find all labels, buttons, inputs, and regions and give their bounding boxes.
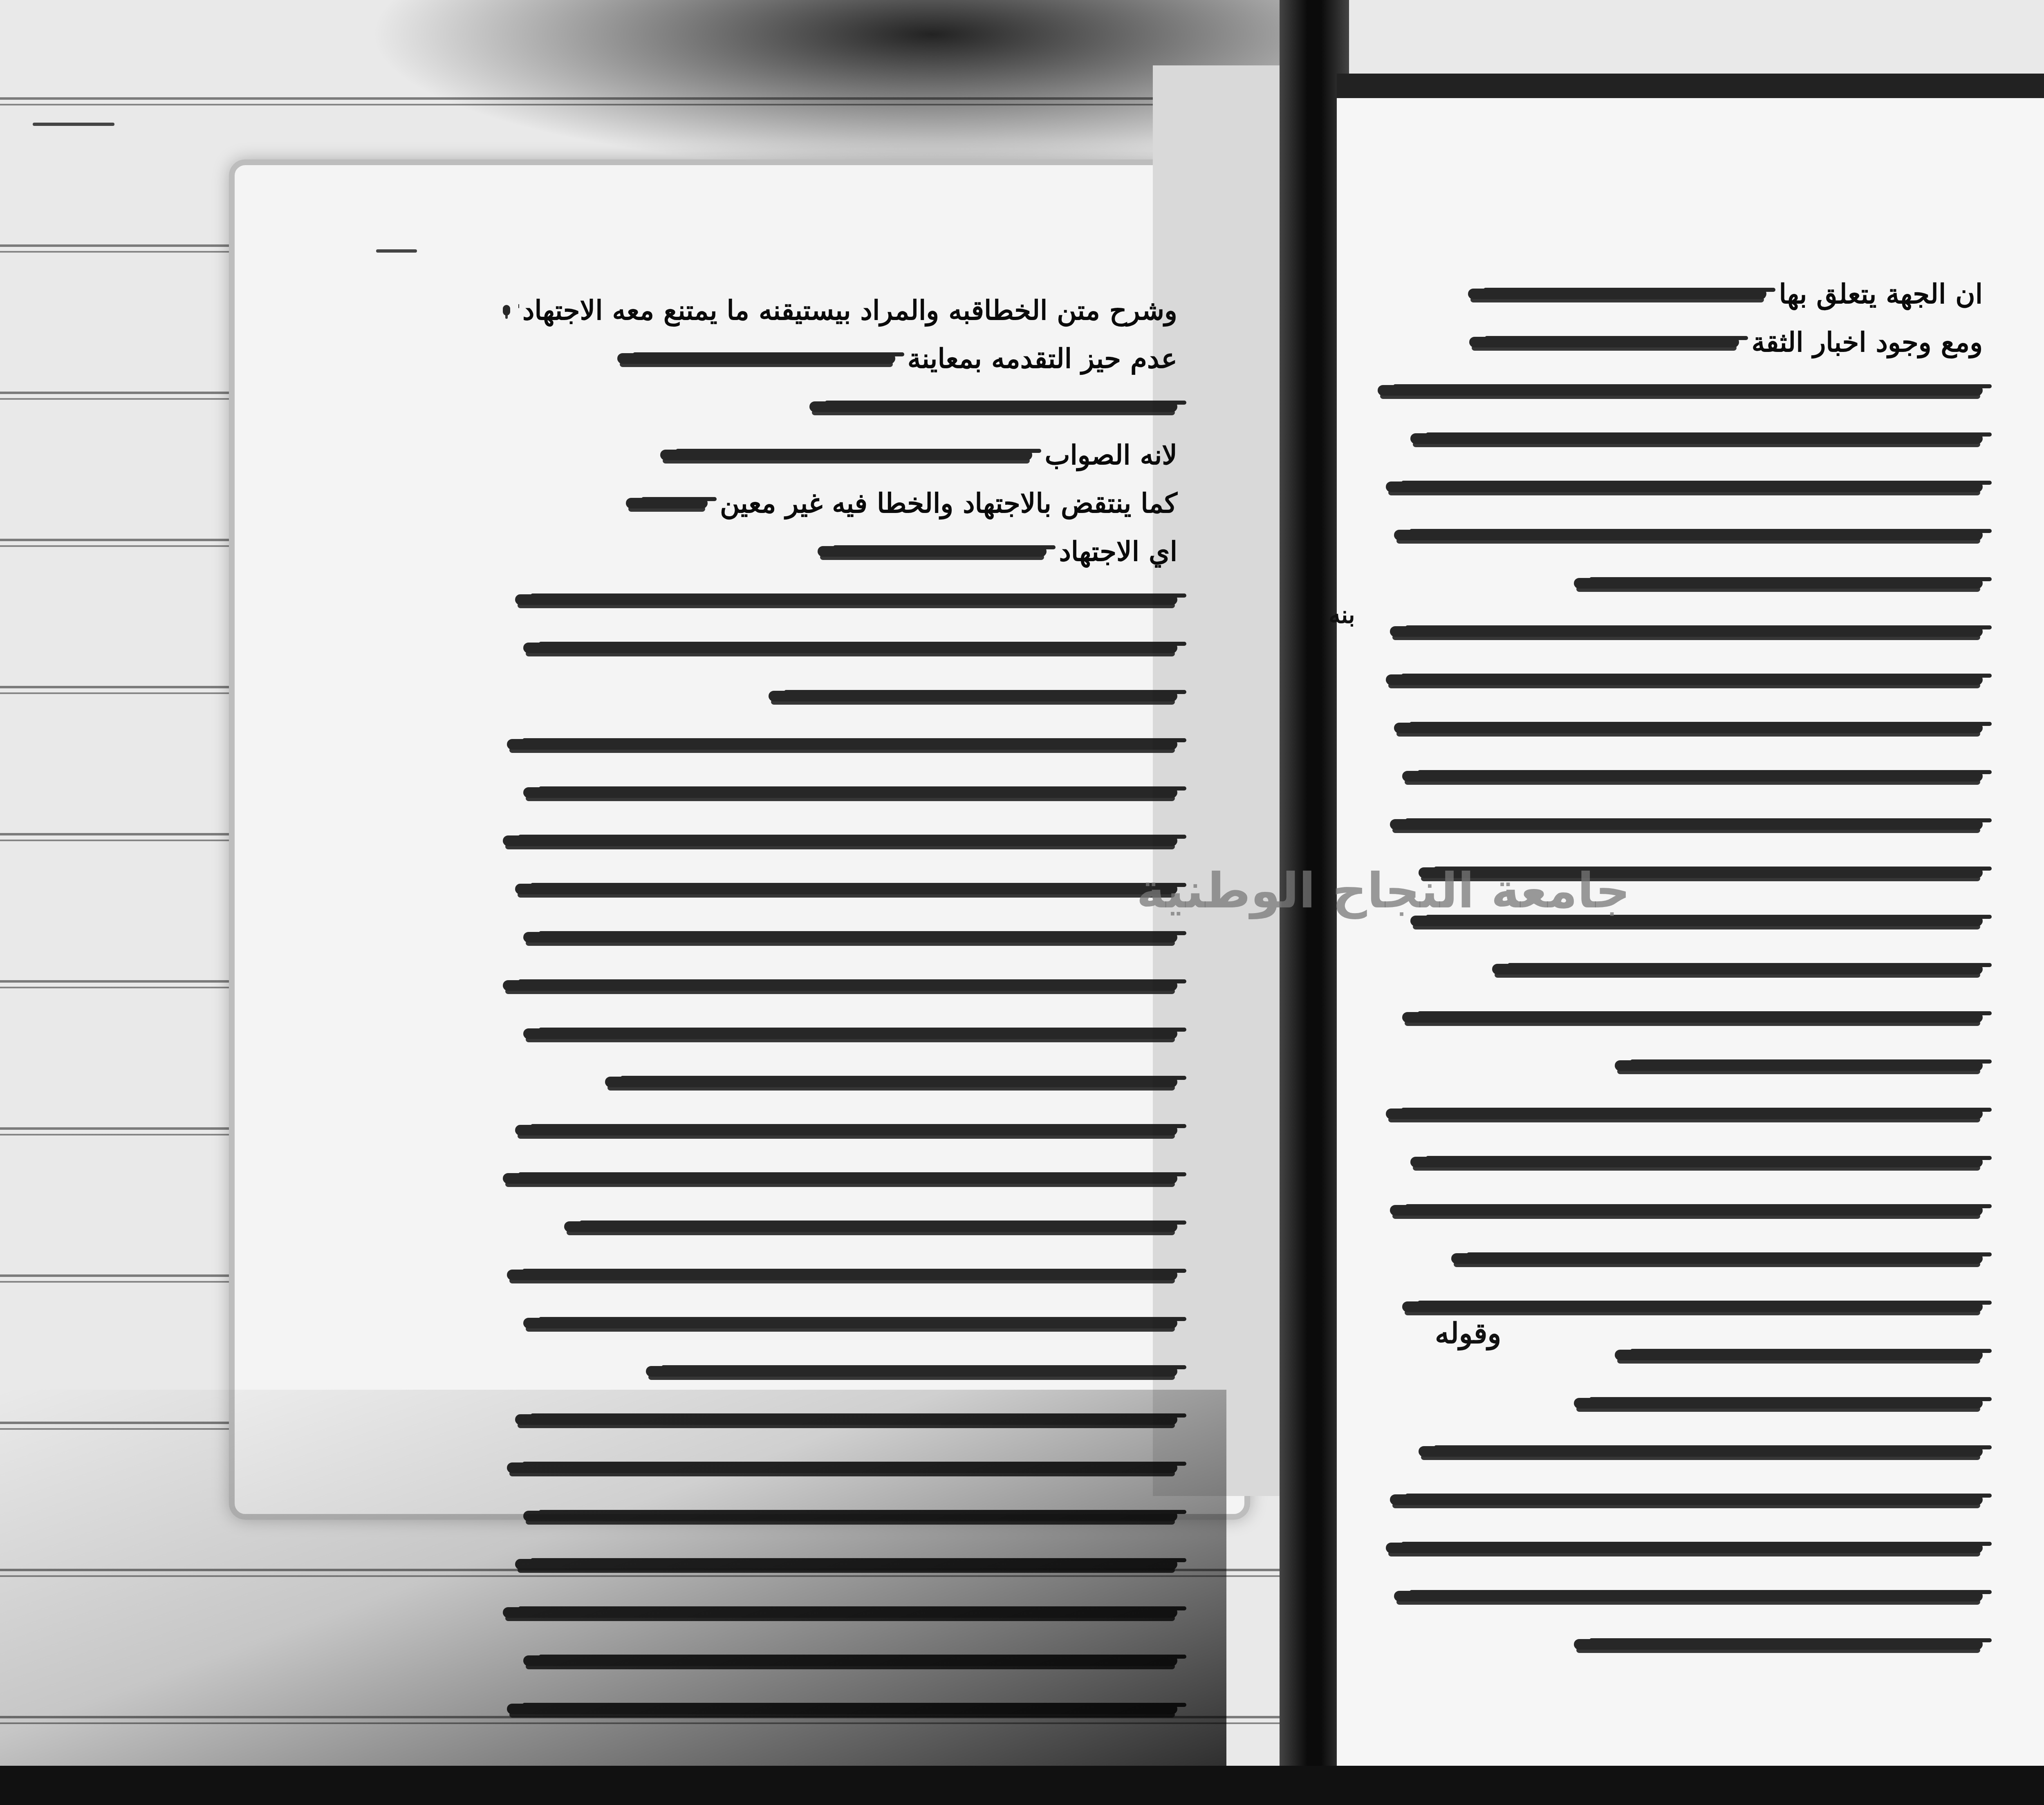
ink-stroke xyxy=(507,739,1177,750)
ink-stroke xyxy=(617,353,895,364)
line-text: ان الجهة يتعلق بها xyxy=(1779,270,1983,318)
manuscript-line: اي الاجتهاد xyxy=(503,527,1177,576)
ink-stroke xyxy=(1410,1157,1983,1167)
manuscript-line xyxy=(503,1058,1177,1106)
ink-stroke xyxy=(1492,964,1983,974)
line-text: اي الاجتهاد xyxy=(1059,527,1177,576)
ink-stroke xyxy=(523,643,1177,653)
manuscript-line xyxy=(1369,463,1983,511)
manuscript-line xyxy=(503,768,1177,817)
line-text: لانه الصواب xyxy=(1044,431,1177,479)
manuscript-line xyxy=(503,1251,1177,1299)
ink-stroke xyxy=(1386,481,1983,492)
manuscript-line xyxy=(1369,704,1983,752)
manuscript-line xyxy=(1369,993,1983,1041)
ink-stroke xyxy=(769,691,1177,701)
ink-stroke xyxy=(1574,578,1983,589)
line-text: كما ينتقض بالاجتهاد والخطا فيه غير معين xyxy=(720,479,1177,527)
ink-stroke xyxy=(503,980,1177,991)
manuscript-line: عدم حيز التقدمه بمعاينة xyxy=(503,334,1177,383)
margin-mark xyxy=(376,249,417,253)
ink-stroke xyxy=(1410,433,1983,444)
ink-stroke xyxy=(646,1366,1177,1377)
ink-stroke xyxy=(523,932,1177,943)
right-page-text: ان الجهة يتعلق بهاومع وجود اخبار الثقة xyxy=(1369,270,1983,1668)
ink-stroke xyxy=(809,401,1177,412)
ink-stroke xyxy=(1615,1060,1983,1071)
ink-stroke xyxy=(503,305,510,316)
ink-stroke xyxy=(1394,723,1983,733)
manuscript-line xyxy=(503,624,1177,672)
manuscript-line xyxy=(503,817,1177,865)
manuscript-line xyxy=(1369,1524,1983,1572)
shadow-lower-left xyxy=(0,1390,1226,1805)
ink-stroke xyxy=(605,1077,1177,1087)
ink-stroke xyxy=(1468,289,1766,299)
manuscript-line xyxy=(503,720,1177,768)
university-watermark: جامعة النجاح الوطنية xyxy=(1136,862,1630,919)
ink-stroke xyxy=(1394,530,1983,540)
manuscript-line xyxy=(1369,607,1983,656)
ink-stroke xyxy=(1615,1350,1983,1360)
ink-stroke xyxy=(1574,1639,1983,1650)
ink-stroke xyxy=(626,498,708,508)
manuscript-line xyxy=(1369,1186,1983,1234)
ink-stroke xyxy=(1419,1446,1983,1457)
ink-stroke xyxy=(503,1173,1177,1184)
manuscript-line xyxy=(503,672,1177,720)
manuscript-line xyxy=(503,961,1177,1010)
manuscript-line xyxy=(1369,656,1983,704)
ink-stroke xyxy=(507,1270,1177,1280)
ink-stroke xyxy=(660,450,1032,460)
manuscript-line xyxy=(1369,1234,1983,1283)
microfilm-scene: وشرح متن الخطاقبه والمراد بيستيقنه ما يم… xyxy=(0,0,2044,1805)
ink-stroke xyxy=(1378,385,1983,396)
ink-stroke xyxy=(515,1125,1177,1135)
manuscript-line xyxy=(503,1347,1177,1395)
manuscript-line xyxy=(1369,1572,1983,1620)
manuscript-line: لانه الصواب xyxy=(503,431,1177,479)
manuscript-line xyxy=(503,1299,1177,1347)
line-text: عدم حيز التقدمه بمعاينة xyxy=(908,334,1177,383)
line-text: ومع وجود اخبار الثقة xyxy=(1751,318,1983,366)
manuscript-line: كما ينتقض بالاجتهاد والخطا فيه غير معين xyxy=(503,479,1177,527)
manuscript-line xyxy=(503,913,1177,961)
ink-stroke xyxy=(1402,1301,1983,1312)
manuscript-line: وشرح متن الخطاقبه والمراد بيستيقنه ما يم… xyxy=(503,286,1177,334)
manuscript-line xyxy=(1369,800,1983,849)
bottom-dark-band xyxy=(0,1766,2044,1805)
manuscript-line xyxy=(503,1154,1177,1203)
ink-stroke xyxy=(1574,1398,1983,1409)
manuscript-line xyxy=(1369,414,1983,463)
ink-stroke xyxy=(503,835,1177,846)
catchword: وقوله xyxy=(1435,1316,1501,1350)
manuscript-line: ومع وجود اخبار الثقة xyxy=(1369,318,1983,366)
manuscript-line xyxy=(1369,945,1983,993)
ink-stroke xyxy=(1394,1591,1983,1601)
ink-stroke xyxy=(564,1221,1177,1232)
ink-stroke xyxy=(1386,674,1983,685)
ink-stroke xyxy=(1402,1012,1983,1023)
ink-stroke xyxy=(1451,1253,1983,1264)
ink-stroke xyxy=(523,1318,1177,1328)
ink-stroke xyxy=(1386,1543,1983,1553)
manuscript-line xyxy=(1369,1138,1983,1186)
manuscript-line xyxy=(1369,511,1983,559)
manuscript-line xyxy=(503,1203,1177,1251)
ink-stroke xyxy=(1390,819,1983,830)
ink-stroke xyxy=(818,546,1047,557)
ink-stroke xyxy=(523,787,1177,798)
manuscript-line xyxy=(503,576,1177,624)
ink-stroke xyxy=(1402,771,1983,782)
manuscript-line xyxy=(1369,366,1983,414)
manuscript-line xyxy=(503,1106,1177,1154)
ink-stroke xyxy=(1390,1205,1983,1216)
manuscript-line xyxy=(1369,752,1983,800)
manuscript-line xyxy=(503,1010,1177,1058)
manuscript-line xyxy=(1369,1476,1983,1524)
manuscript-line xyxy=(1369,1090,1983,1138)
manuscript-line xyxy=(1369,1620,1983,1668)
ink-stroke xyxy=(1390,626,1983,637)
manuscript-line: ان الجهة يتعلق بها xyxy=(1369,270,1983,318)
ink-stroke xyxy=(1390,1494,1983,1505)
ink-stroke xyxy=(515,594,1177,605)
ink-stroke xyxy=(1469,337,1739,347)
manuscript-line xyxy=(1369,1427,1983,1476)
manuscript-line xyxy=(1369,1379,1983,1427)
manuscript-line xyxy=(1369,559,1983,607)
ink-stroke xyxy=(515,884,1177,894)
manuscript-line xyxy=(1369,1041,1983,1090)
margin-mark xyxy=(33,123,114,126)
margin-note: بنه xyxy=(1329,601,1355,629)
ink-stroke xyxy=(523,1028,1177,1039)
ink-stroke xyxy=(1386,1109,1983,1119)
manuscript-line xyxy=(503,383,1177,431)
manuscript-line xyxy=(503,865,1177,913)
line-text: وشرح متن الخطاقبه والمراد بيستيقنه ما يم… xyxy=(522,286,1177,334)
